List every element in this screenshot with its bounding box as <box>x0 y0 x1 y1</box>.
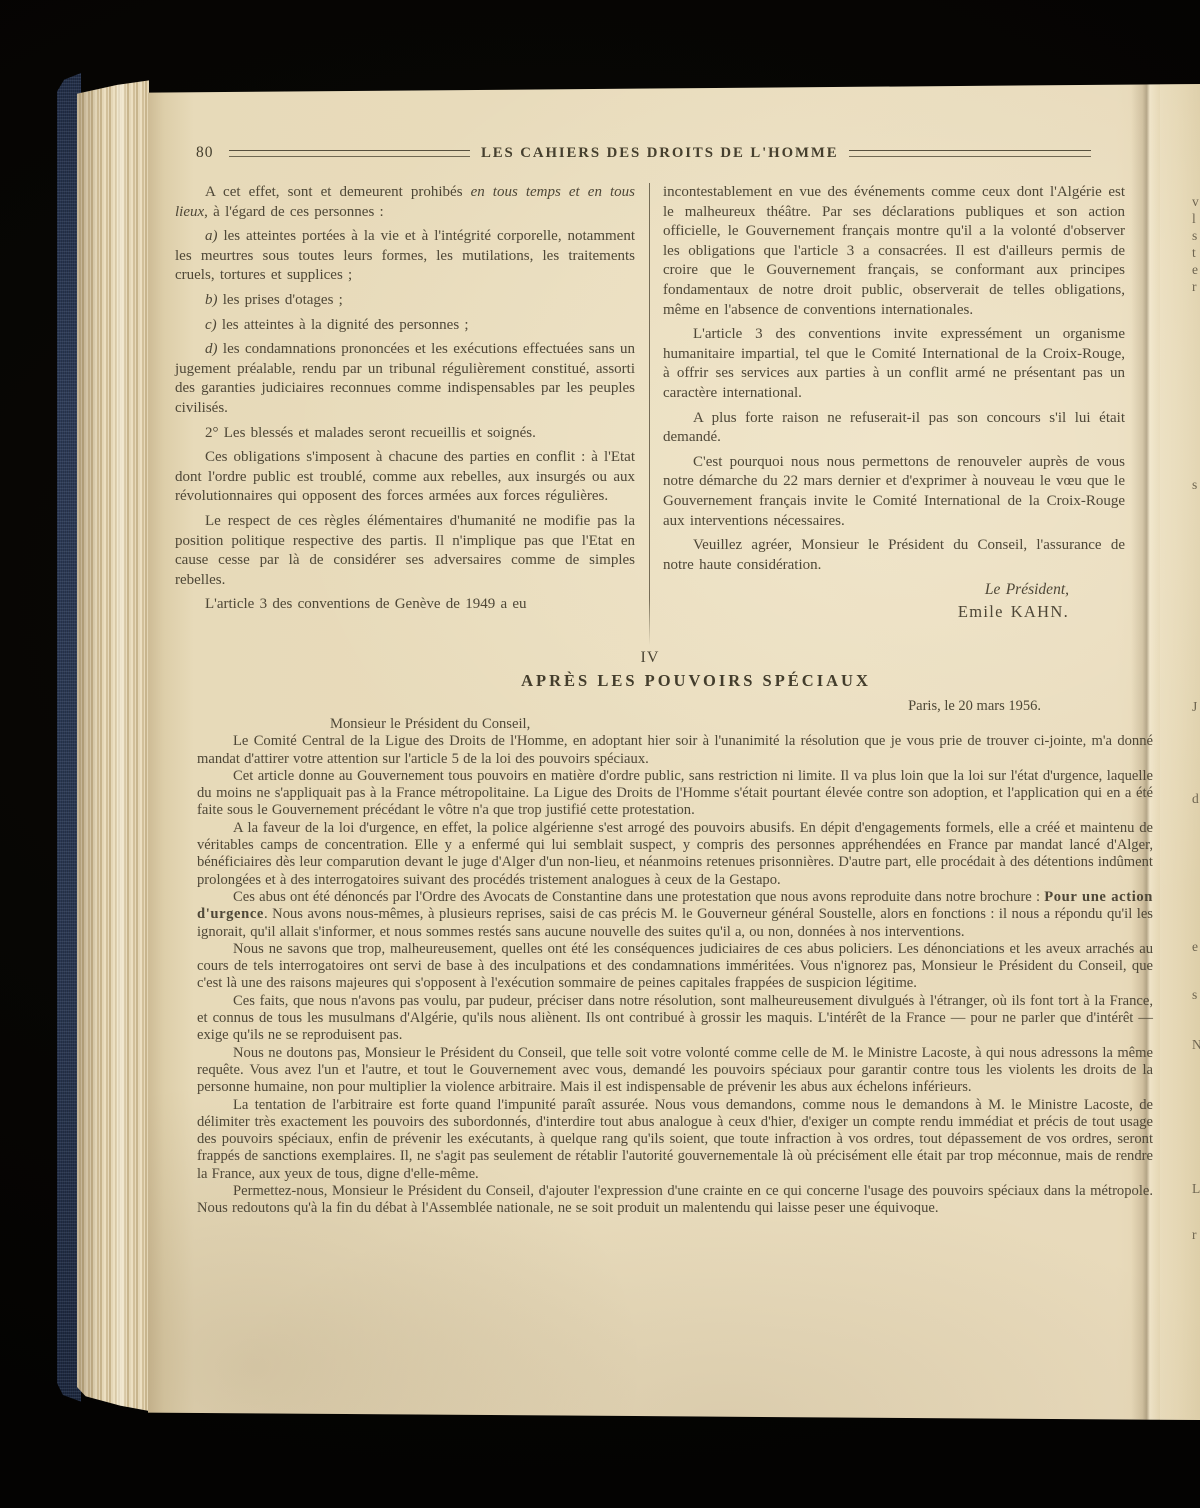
paragraph: L'article 3 des conventions de Genève de… <box>175 595 635 615</box>
letter-body: Monsieur le Président du Conseil, Le Com… <box>197 716 1153 1218</box>
list-item: c) les atteintes à la dignité des person… <box>175 316 635 336</box>
list-item-text: les condamnations prononcées et les exéc… <box>175 341 635 416</box>
column-divider <box>649 183 650 645</box>
letter-paragraph: Le Comité Central de la Ligue des Droits… <box>197 733 1153 768</box>
edge-letter-fragment: v <box>1192 195 1200 208</box>
list-marker: d) <box>205 341 218 357</box>
list-marker: c) <box>205 317 217 333</box>
paragraph: L'article 3 des conventions invite expre… <box>663 325 1125 403</box>
two-column-text: A cet effet, sont et demeurent prohibés … <box>175 183 1125 645</box>
column-gap <box>635 183 663 645</box>
letter-paragraph: Nous ne savons que trop, malheureusement… <box>197 941 1153 993</box>
book-page: 80 LES CAHIERS DES DROITS DE L'HOMME A c… <box>148 84 1200 1420</box>
journal-title: LES CAHIERS DES DROITS DE L'HOMME <box>481 145 838 162</box>
letter-paragraph: Ces abus ont été dénoncés par l'Ordre de… <box>197 889 1153 941</box>
page-edge-stack <box>77 79 149 1415</box>
paragraph: C'est pourquoi nous nous permettons de r… <box>663 453 1125 531</box>
letter-paragraph: Ces faits, que nous n'avons pas voulu, p… <box>197 993 1153 1045</box>
letter-paragraph: A la faveur de la loi d'urgence, en effe… <box>197 820 1153 889</box>
signature-role: Le Président, <box>663 579 1069 601</box>
edge-letter-fragment: s <box>1192 988 1200 1001</box>
paragraph: Veuillez agréer, Monsieur le Président d… <box>663 536 1125 575</box>
edge-letter-fragment: t <box>1192 246 1200 259</box>
right-column: incontestablement en vue des événements … <box>663 183 1125 645</box>
letter-paragraph: Cet article donne au Gouvernement tous p… <box>197 768 1153 820</box>
section-number: IV <box>124 649 1176 667</box>
list-item-text: les atteintes portées à la vie et à l'in… <box>175 228 635 283</box>
list-item: b) les prises d'otages ; <box>175 291 635 311</box>
letter-paragraph: La tentation de l'arbitraire est forte q… <box>197 1097 1153 1183</box>
edge-letter-fragment: s <box>1192 229 1200 242</box>
list-item-text: les prises d'otages ; <box>218 292 343 308</box>
paragraph-text: Ces abus ont été dénoncés par l'Ordre de… <box>233 889 1044 905</box>
header-rule-right <box>849 150 1091 157</box>
paragraph: Ces obligations s'imposent à chacune des… <box>175 448 635 507</box>
edge-letter-fragment: r <box>1192 280 1200 293</box>
edge-letter-fragment: N <box>1192 1038 1200 1051</box>
letter-salutation: Monsieur le Président du Conseil, <box>197 716 1153 733</box>
book-photo: 80 LES CAHIERS DES DROITS DE L'HOMME A c… <box>0 0 1200 1508</box>
paragraph-text: A cet effet, sont et demeurent prohibés <box>205 184 471 200</box>
list-item: d) les condamnations prononcées et les e… <box>175 340 635 418</box>
paragraph: incontestablement en vue des événements … <box>663 183 1125 320</box>
edge-letter-fragment: s <box>1192 478 1200 491</box>
list-item: a) les atteintes portées à la vie et à l… <box>175 227 635 286</box>
signature-block: Le Président, Emile KAHN. <box>663 579 1125 623</box>
page-header: 80 LES CAHIERS DES DROITS DE L'HOMME <box>196 144 1102 162</box>
list-marker: b) <box>205 292 218 308</box>
paragraph: 2° Les blessés et malades seront recueil… <box>175 424 635 444</box>
edge-letter-fragment: L <box>1192 1182 1200 1195</box>
list-item-text: les atteintes à la dignité des personnes… <box>217 317 469 333</box>
page-number: 80 <box>196 144 214 162</box>
left-column: A cet effet, sont et demeurent prohibés … <box>175 183 635 645</box>
edge-letter-fragment: d <box>1192 792 1200 805</box>
edge-letter-fragment: l <box>1192 212 1200 225</box>
dateline: Paris, le 20 mars 1956. <box>197 698 1153 715</box>
letter-paragraph: Nous ne doutons pas, Monsieur le Préside… <box>197 1045 1153 1097</box>
header-rule-left <box>229 150 471 157</box>
letter-paragraph: Permettez-nous, Monsieur le Président du… <box>197 1183 1153 1218</box>
edge-letter-fragment: e <box>1192 940 1200 953</box>
edge-letter-fragment: r <box>1192 1228 1200 1241</box>
paragraph: A cet effet, sont et demeurent prohibés … <box>175 183 635 222</box>
section-title: APRÈS LES POUVOIRS SPÉCIAUX <box>170 671 1200 691</box>
signature-name: Emile KAHN. <box>663 601 1069 623</box>
paragraph-text: . Nous avons nous-mêmes, à plusieurs rep… <box>197 906 1153 939</box>
paragraph-text: , à l'égard de ces personnes : <box>204 204 384 220</box>
paragraph: A plus forte raison ne refuserait-il pas… <box>663 409 1125 448</box>
edge-letter-fragment: J <box>1192 700 1200 713</box>
edge-letter-fragment: e <box>1192 263 1200 276</box>
list-marker: a) <box>205 228 218 244</box>
paragraph: Le respect de ces règles élémentaires d'… <box>175 512 635 590</box>
